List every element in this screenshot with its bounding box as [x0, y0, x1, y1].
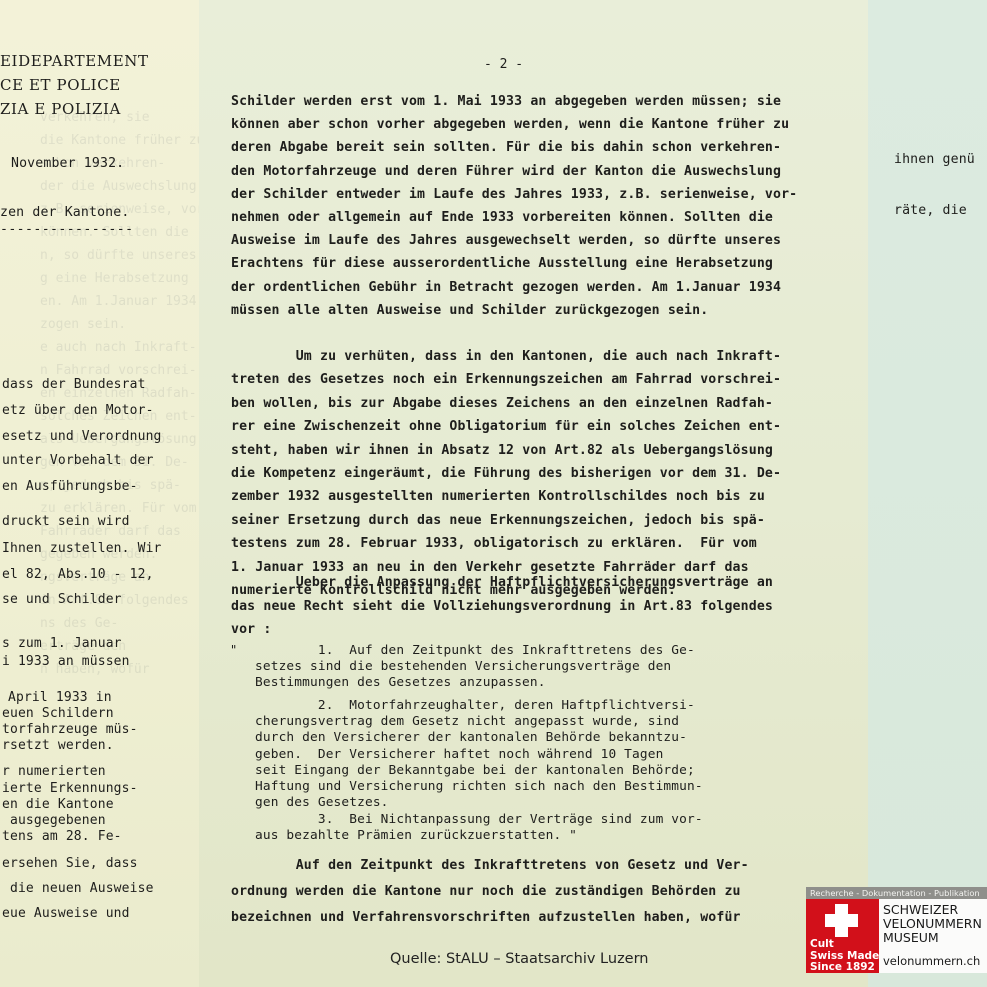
- letter-recipient: zen der Kantone.: [0, 205, 129, 220]
- text-line: treten des Gesetzes noch ein Erkennungsz…: [231, 372, 781, 387]
- text-line: seiner Ersetzung durch das neue Erkennun…: [231, 513, 765, 528]
- left-body-line: Ihnen zustellen. Wir: [2, 541, 162, 556]
- text-line: den Motorfahrzeuge und deren Führer wird…: [231, 164, 781, 179]
- left-page: verkehren, siedie Kantone früher zuschon…: [0, 0, 199, 987]
- quote-item-line: cherungsvertrag dem Gesetz nicht angepas…: [255, 714, 679, 729]
- letter-date: November 1932.: [11, 156, 124, 171]
- department-header-line-2: CE ET POLICE: [0, 76, 121, 94]
- text-line: testens zum 28. Februar 1933, obligatori…: [231, 536, 757, 551]
- left-body-line: el 82, Abs.10 - 12,: [2, 567, 154, 582]
- museum-url[interactable]: velonummern.ch: [883, 954, 980, 968]
- left-body-line: en Ausführungsbe-: [2, 479, 138, 494]
- quote-item-line: 1. Auf den Zeitpunkt des Inkrafttretens …: [255, 643, 695, 658]
- quote-item-line: Bestimmungen des Gesetzes anzupassen.: [255, 675, 546, 690]
- left-body-line: s zum 1. Januar: [2, 636, 122, 651]
- bleed-through-line: der die Auswechslung: [40, 179, 197, 194]
- right-page-line-1: ihnen genü: [894, 152, 975, 167]
- bleed-through-line: ns des Ge-: [40, 616, 118, 631]
- middle-page: - 2 - Schilder werden erst vom 1. Mai 19…: [199, 0, 868, 987]
- text-line: Auf den Zeitpunkt des Inkrafttretens von…: [231, 858, 749, 873]
- text-line: der Schilder entweder im Laufe des Jahre…: [231, 187, 797, 202]
- bleed-through-line: e auch nach Inkraft-: [40, 340, 197, 355]
- left-body-line: rsetzt werden.: [2, 738, 114, 753]
- text-line: steht, haben wir ihnen in Absatz 12 von …: [231, 443, 773, 458]
- left-body-line: se und Schilder: [2, 592, 122, 607]
- left-body-line: en die Kantone: [2, 797, 114, 812]
- quote-item-line: durch den Versicherer der kantonalen Beh…: [255, 730, 687, 745]
- source-caption: Quelle: StALU – Staatsarchiv Luzern: [390, 951, 649, 967]
- quote-item-line: geben. Der Versicherer haftet noch währe…: [255, 747, 663, 762]
- text-line: Erachtens für diese ausserordentliche Au…: [231, 256, 773, 271]
- text-line: die Kompetenz eingeräumt, die Führung de…: [231, 466, 781, 481]
- text-line: deren Abgabe bereit sein sollten. Für di…: [231, 140, 781, 155]
- left-body-line: die neuen Ausweise: [2, 881, 154, 896]
- left-body-line: euen Schildern: [2, 706, 114, 721]
- left-body-line: eue Ausweise und: [2, 906, 130, 921]
- museum-logo[interactable]: Recherche - Dokumentation - Publikation …: [806, 887, 987, 973]
- logo-white-panel: SCHWEIZER VELONUMMERN MUSEUM velonummern…: [879, 899, 987, 973]
- right-page-line-2: räte, die: [894, 203, 967, 218]
- quote-item-line: setzes sind die bestehenden Versicherung…: [255, 659, 671, 674]
- left-body-line: etz über den Motor-: [2, 403, 154, 418]
- logo-red-panel: Cult Swiss Made Since 1892: [806, 899, 879, 973]
- text-line: das neue Recht sieht die Vollziehungsver…: [231, 599, 773, 614]
- right-page: ihnen genü räte, die: [868, 0, 987, 987]
- quote-item-line: Haftung und Versicherung richten sich na…: [255, 779, 703, 794]
- text-line: vor :: [231, 622, 271, 637]
- left-body-line: ierte Erkennungs-: [2, 781, 138, 796]
- text-line: müssen alle alten Ausweise und Schilder …: [231, 303, 708, 318]
- text-line: Ausweise im Laufe des Jahres ausgewechse…: [231, 233, 781, 248]
- text-line: Ueber die Anpassung der Haftpflichtversi…: [231, 575, 773, 590]
- text-line: rer eine Zwischenzeit ohne Obligatorium …: [231, 419, 781, 434]
- left-body-line: r numerierten: [2, 764, 106, 779]
- quote-item-line: 3. Bei Nichtanpassung der Verträge sind …: [255, 812, 703, 827]
- museum-name: SCHWEIZER VELONUMMERN MUSEUM: [883, 903, 982, 945]
- department-header-line-1: EIDEPARTEMENT: [0, 52, 149, 70]
- swiss-cross-icon-bar: [825, 914, 858, 927]
- text-line: der ordentlichen Gebühr in Betracht gezo…: [231, 280, 781, 295]
- text-line: Schilder werden erst vom 1. Mai 1933 an …: [231, 94, 781, 109]
- page-number: - 2 -: [484, 57, 523, 72]
- quote-item-line: seit Eingang der Bekanntgabe bei der kan…: [255, 763, 695, 778]
- left-body-line: torfahrzeuge müs-: [2, 722, 138, 737]
- bleed-through-line: die Kantone früher zu: [40, 133, 199, 148]
- bleed-through-line: n, so dürfte unseres: [40, 248, 197, 263]
- bleed-through-line: zogen sein.: [40, 317, 126, 332]
- left-body-line: unter Vorbehalt der: [2, 453, 154, 468]
- left-body-line: i 1933 an müssen: [2, 654, 130, 669]
- bleed-through-line: n Fahrrad vorschrei-: [40, 363, 197, 378]
- bleed-through-line: en. Am 1.Januar 1934: [40, 294, 197, 309]
- recipient-underline: ----------------: [0, 222, 133, 237]
- quote-item-line: 2. Motorfahrzeughalter, deren Haftpflich…: [255, 698, 695, 713]
- text-line: Um zu verhüten, dass in den Kantonen, di…: [231, 349, 781, 364]
- text-line: können aber schon vorher abgegeben werde…: [231, 117, 789, 132]
- department-header-line-3: ZIA E POLIZIA: [0, 100, 121, 118]
- quote-item-line: gen des Gesetzes.: [255, 795, 389, 810]
- text-line: 1. Januar 1933 an neu in den Verkehr ges…: [231, 560, 749, 575]
- logo-red-text: Cult Swiss Made Since 1892: [810, 939, 879, 974]
- text-line: ben wollen, bis zur Abgabe dieses Zeiche…: [231, 396, 773, 411]
- text-line: bezeichnen und Verfahrensvorschriften au…: [231, 910, 741, 925]
- logo-tagline: Recherche - Dokumentation - Publikation: [806, 887, 987, 899]
- quote-mark-open: ": [230, 643, 237, 657]
- left-body-line: esetz und Verordnung: [2, 429, 162, 444]
- left-body-line: druckt sein wird: [2, 514, 130, 529]
- left-body-line: ersehen Sie, dass: [2, 856, 138, 871]
- left-body-line: April 1933 in: [8, 690, 112, 705]
- text-line: ordnung werden die Kantone nur noch die …: [231, 884, 741, 899]
- quote-item-line: aus bezahlte Prämien zurückzuerstatten. …: [255, 828, 577, 843]
- text-line: zember 1932 ausgestellten numerierten Ko…: [231, 489, 765, 504]
- left-body-line: tens am 28. Fe-: [2, 829, 122, 844]
- left-body-line: dass der Bundesrat: [2, 377, 146, 392]
- bleed-through-line: g eine Herabsetzung: [40, 271, 189, 286]
- left-body-line: ausgegebenen: [2, 813, 106, 828]
- text-line: nehmen oder allgemein auf Ende 1933 vorb…: [231, 210, 773, 225]
